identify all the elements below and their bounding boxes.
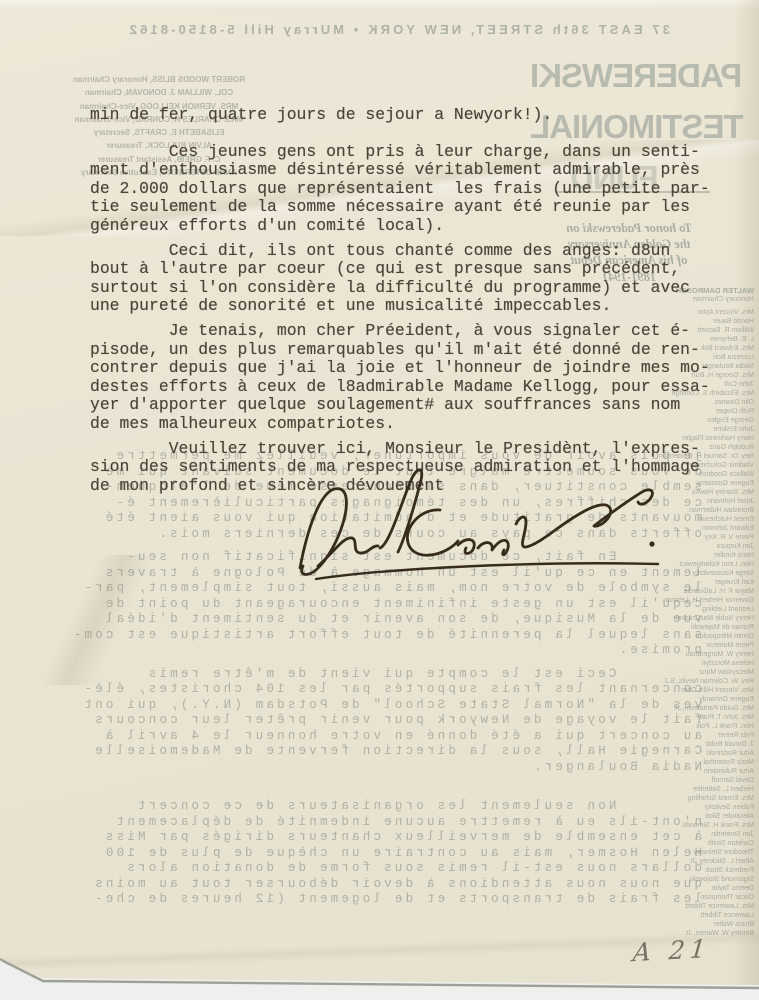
bleedthrough-typed-line: cequ'il est un geste infiniment encourag… [50,597,702,613]
typed-line: Veuillez trouver ici, Monsieur le Presid… [90,440,730,459]
bleedthrough-typed-line: Helen Hosmer, mais au contraire un chèqu… [50,846,702,862]
typed-line: tie seulement de la somme nécessaire aya… [90,198,730,217]
bleedthrough-typed-line: vue de la Musique, de son avenir et du s… [50,612,702,628]
typed-line: pisode, un des plus remarquables qu'il m… [90,341,730,360]
typed-line: une pureté de sonorité et une musicalité… [90,297,730,316]
bleedthrough-typed-line: dollars nous est-il remis sous forme de … [50,861,702,877]
bleedthrough-address-line: 37 EAST 36th STREET, NEW YORK • MUrray H… [28,22,670,37]
bleedthrough-typed-line: les frais de transports et de logement (… [50,892,702,908]
bleedthrough-typed-line [50,783,702,791]
bleedthrough-officer-line: COL. WILLIAM J. DONOVAN, Chairman [44,86,274,99]
letter-body-text: min de fer, quatre jours de sejour a New… [90,106,730,495]
bleedthrough-typed-line: Non seulement les organisateurs de ce co… [50,799,702,815]
typed-line: Ceci dit, ils ont tous chanté comme des … [90,242,730,261]
bleedthrough-typed-line: fait le voyage de Newyork pour venir prê… [50,713,702,729]
typed-line: Je tenais, mon cher Préeident, à vous si… [90,322,730,341]
bleedthrough-typed-line: que nous nous attendions à devoir débour… [50,877,702,893]
annotation-a21: A 21 [632,934,712,967]
typed-line: sion des sentiments de ma respectueuse a… [90,458,730,477]
paper-top-highlight [0,0,759,10]
bleedthrough-committee-name: Bruno Walter [606,920,754,929]
bleedthrough-committee-name: Lawrence Tibbett [606,911,754,920]
typed-line: surtout si l'on considère la difficulté … [90,279,730,298]
bleedthrough-typed-line: ce des chiffres, un des témoignages part… [50,496,702,512]
bleedthrough-typed-line: n'ont-ils eu à remettre aucune indemnité… [50,815,702,831]
bleedthrough-typed-line [50,775,702,783]
typed-line: destes efforts à ceux de l8admirable Mad… [90,378,730,397]
typed-line: généreux efforts d'un comité local). [90,217,730,236]
bleedthrough-typed-line [50,659,702,667]
bleedthrough-typed-line: à cet ensemble de merveilleux chanteurs … [50,830,702,846]
bleedthrough-typed-line: concernant les frais supportés par les 1… [50,682,702,698]
paper-sheet: 37 EAST 36th STREET, NEW YORK • MUrray H… [0,0,759,988]
typed-line: Ces jeunes gens ont pris à leur charge, … [90,143,730,162]
bleedthrough-typed-line: lement en ce qu'il est un hommage à de P… [50,566,702,582]
bleedthrough-typed-line: mouvants de gratitude et d'admitation qu… [50,511,702,527]
bleedthrough-typed-line: En fait, ce document est significatif no… [50,550,702,566]
typed-line: de mon profond et sincère dévouement [90,477,730,496]
bleedthrough-typed-line: Carnegie Hall, sous la direction fervent… [50,744,702,760]
bleedthrough-typed-line: Nadia Boulanger. [50,760,702,776]
bleedthrough-typed-line: offerts dans ce pays au cours de ces der… [50,527,702,543]
bleedthrough-typed-line: Ceci est le compte qui vient de m'être r… [50,667,702,683]
bleedthrough-paragraphs: je puis avoir de vous importuner, veuill… [50,449,702,908]
bleedthrough-typed-line: ves de la "Normal State School" de Potsd… [50,698,702,714]
bleedthrough-typed-line: le symbole de votre nom, mais aussi, tou… [50,581,702,597]
bleedthrough-title-line: PADEREWSKI [531,50,751,101]
typed-line: contrer depuis que j'ai la joie et l'hon… [90,359,730,378]
typed-line: ment d'enthousiasme désintéressé véritab… [90,161,730,180]
typed-line: de mes malheureux compatriotes. [90,415,730,434]
typed-line: bout à l'autre par coeur (ce qui est pre… [90,260,730,279]
typed-line: de 2.000 dollars que représentaient les … [90,180,730,199]
typed-line: yer d'apporter quelque soulagement# aux … [90,396,730,415]
scanned-letter-page: 37 EAST 36th STREET, NEW YORK • MUrray H… [0,0,759,1000]
bleedthrough-officer-line: ROBERT WOODS BLISS, Honorary Chairman [44,73,274,86]
typed-line: min de fer, quatre jours de sejour a New… [90,106,730,125]
bleedthrough-typed-line: promise. [50,643,702,659]
bleedthrough-typed-line [50,542,702,550]
bleedthrough-typed-line: au concert qui a été donné en votre honn… [50,729,702,745]
bleedthrough-typed-line [50,791,702,799]
bleedthrough-typed-line: sans lequel la perennité de tout effort … [50,628,702,644]
